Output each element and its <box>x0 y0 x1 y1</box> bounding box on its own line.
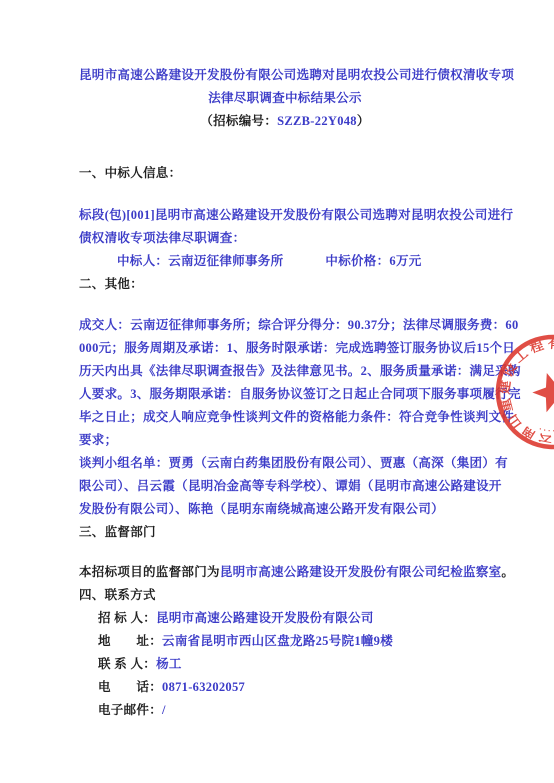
announcement-page: 昆明市高速公路建设开发股份有限公司选聘对昆明农投公司进行债权清收专项 法律尽职调… <box>0 0 554 783</box>
section2-heading: 二、其他： <box>79 273 491 296</box>
panel-list-line: 谈判小组名单：贾勇（云南白药集团股份有限公司）、贾惠（高深（集团）有 <box>79 452 491 475</box>
other-info-line: 历天内出具《法律尽职调查报告》及法律意见书。2、服务质量承诺：满足采购 <box>79 360 491 383</box>
other-info-line: 毕之日止；成交人响应竞争性谈判文件的资格能力条件：符合竞争性谈判文件 <box>79 406 491 429</box>
tender-ref-prefix: （招标编号： <box>200 114 277 128</box>
tender-ref-code: SZZB-22Y048 <box>277 114 357 128</box>
contact-value: 杨工 <box>156 657 182 671</box>
supervision-prefix: 本招标项目的监督部门为 <box>79 565 220 579</box>
supervision-suffix: 。 <box>501 565 514 579</box>
panel-list-line: 限公司）、吕云霞（昆明冶金高等专科学校）、谭娟（昆明市高速公路建设开 <box>79 475 491 498</box>
document-body: 昆明市高速公路建设开发股份有限公司选聘对昆明农投公司进行债权清收专项 法律尽职调… <box>79 64 491 722</box>
supervision-line: 本招标项目的监督部门为昆明市高速公路建设开发股份有限公司纪检监察室。 <box>79 561 491 584</box>
supervision-department: 昆明市高速公路建设开发股份有限公司纪检监察室 <box>220 565 502 579</box>
contact-row-tenderer: 招 标 人：昆明市高速公路建设开发股份有限公司 <box>79 607 491 630</box>
company-seal-stamp: 云南山重建设工程有限公司 ••••••••• <box>491 330 554 454</box>
contact-row-phone: 电 话：0871-63202057 <box>79 676 491 699</box>
tender-reference: （招标编号：SZZB-22Y048） <box>79 110 491 133</box>
contact-label: 招 标 人： <box>98 611 156 625</box>
contact-label: 电子邮件： <box>98 703 162 717</box>
panel-list-line: 发股份有限公司）、陈艳（昆明东南绕城高速公路开发有限公司） <box>79 498 491 521</box>
lot-description-line-1: 标段(包)[001]昆明市高速公路建设开发股份有限公司选聘对昆明农投公司进行 <box>79 204 491 227</box>
section1-heading: 一、中标人信息： <box>79 162 491 185</box>
winner-name: 中标人：云南迈征律师事务所 <box>117 254 283 268</box>
title-line-1: 昆明市高速公路建设开发股份有限公司选聘对昆明农投公司进行债权清收专项 <box>79 64 491 87</box>
contact-value: 昆明市高速公路建设开发股份有限公司 <box>156 611 374 625</box>
seal-star-icon <box>528 367 554 415</box>
winner-price: 中标价格：6万元 <box>325 254 421 268</box>
contact-value: 云南省昆明市西山区盘龙路25号院1幢9楼 <box>162 634 393 648</box>
contact-row-email: 电子邮件：/ <box>79 699 491 722</box>
winner-line: 中标人：云南迈征律师事务所中标价格：6万元 <box>79 250 491 273</box>
section4-heading: 四、联系方式 <box>79 584 491 607</box>
other-info-line: 成交人：云南迈征律师事务所；综合评分得分：90.37分；法律尽调服务费：60 <box>79 314 491 337</box>
lot-description-line-2: 债权清收专项法律尽职调查： <box>79 227 491 250</box>
title-line-2: 法律尽职调查中标结果公示 <box>79 87 491 110</box>
contact-value: 0871-63202057 <box>162 680 245 694</box>
other-info-line: 000元；服务周期及承诺：1、服务时限承诺：完成选聘签订服务协议后15个日 <box>79 337 491 360</box>
contact-value: / <box>162 703 166 717</box>
contact-row-person: 联 系 人：杨工 <box>79 653 491 676</box>
section3-heading: 三、监督部门 <box>79 521 491 544</box>
tender-ref-suffix: ） <box>357 114 370 128</box>
contact-label: 电 话： <box>98 680 162 694</box>
other-info-line: 要求； <box>79 429 491 452</box>
contact-label: 联 系 人： <box>98 657 156 671</box>
contact-label: 地 址： <box>98 634 162 648</box>
other-info-line: 人要求。3、服务期限承诺：自服务协议签订之日起止合同项下服务事项履行完 <box>79 383 491 406</box>
contact-row-address: 地 址：云南省昆明市西山区盘龙路25号院1幢9楼 <box>79 630 491 653</box>
